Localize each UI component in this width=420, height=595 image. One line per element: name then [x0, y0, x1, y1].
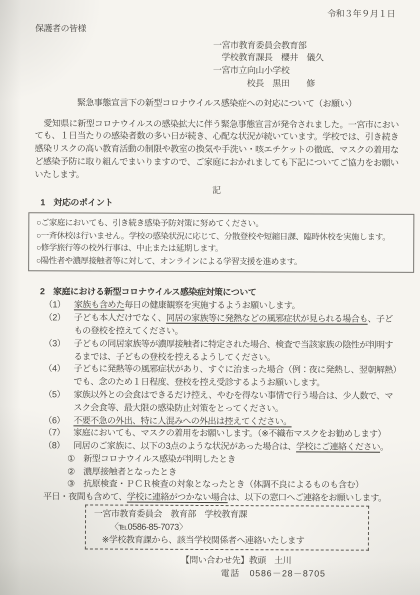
- points-box: ○ご家庭においても、引き続き感染予防対策に努めてください。○一斉休校は行いません…: [28, 212, 414, 272]
- item-number: （3）: [44, 337, 74, 363]
- text-segment: 平日・夜間も含めて、: [43, 492, 127, 502]
- inquiry-line: 【問い合わせ先】教頭 土川: [181, 554, 397, 568]
- section2-heading: 2 家庭における新型コロナウイルス感染症対策について: [40, 285, 398, 299]
- item-number: （8）: [43, 439, 73, 452]
- notify-conditions-list: ① 新型コロナウイルス感染が判明したとき② 濃厚接触者となったとき③ 抗原検査・…: [67, 452, 397, 492]
- contact-window-box: 一宮市教育委員会 教育部 学校教育課〈℡0586-85-7073〉※学校教育課か…: [85, 505, 369, 552]
- item-text: 家族以外との会食はできるだけ控え、やむを得ない事情で行う場合は、少人数で、マスク…: [73, 388, 397, 415]
- text-segment: 家族も含めた: [74, 300, 124, 310]
- text-segment: 。: [380, 442, 388, 452]
- recipient-line: 保護者の皆様: [35, 22, 399, 36]
- text-segment: 同居のご家族に、以下の3点のような状況があった場合は、: [73, 440, 296, 451]
- contact-box-line: 一宮市教育委員会 教育部 学校教育課: [94, 508, 360, 522]
- point-item: ○陽性者や濃厚接触者等に対して、オンラインによる学習支援を進めます。: [36, 254, 406, 268]
- sender-line: 校長 黒田 修: [213, 77, 399, 91]
- sender-line: 一宮市教育委員会教育部: [213, 39, 399, 53]
- text-segment: 子ども本人だけでなく、: [74, 313, 166, 323]
- contact-box-line: ※学校教育課から、該当学校関係者へ連絡いたします: [94, 533, 360, 547]
- text-segment: 学校に連絡がつかない場合: [127, 492, 228, 502]
- sender-line: 学校教育課長 櫻井 儀久: [213, 51, 399, 65]
- item-number: （6）: [43, 414, 73, 427]
- text-segment: 同居の家族等に発熱などの風邪症状が見られる場合も: [166, 313, 368, 324]
- item-text: 同居のご家族に、以下の3点のような状況があった場合は、学校にご連絡ください。: [73, 439, 397, 453]
- text-segment: 毎日の健康観察を実施するようお願いします。: [124, 300, 300, 311]
- ki-mark: 記: [34, 183, 398, 197]
- contact-note: 平日・夜間も含めて、学校に連絡がつかない場合は、以下の窓口へご連絡をお願いします…: [43, 491, 397, 505]
- measure-item: （3）子どもの同居家族等が濃厚接触者に特定された場合、検査で当該家族の陰性が判明…: [44, 337, 398, 364]
- document-title: 緊急事態宣言下の新型コロナウイルス感染症への対応について（お願い）: [35, 96, 399, 110]
- measure-item: （4）子どもに発熱等の風邪症状があり、すぐに治まった場合（例：夜に発熱し、翌朝解…: [44, 363, 398, 390]
- item-number: （2）: [44, 311, 74, 337]
- item-text: 子ども本人だけでなく、同居の家族等に発熱などの風邪症状が見られる場合も、子どもの…: [74, 312, 398, 339]
- item-number: （5）: [43, 388, 73, 414]
- section1-heading: 1 対応のポイント: [40, 197, 398, 211]
- notify-condition: ① 新型コロナウイルス感染が判明したとき: [67, 452, 397, 466]
- contact-box-line: 〈℡0586-85-7073〉: [94, 520, 360, 534]
- measure-item: （5）家族以外との会食はできるだけ控え、やむを得ない事情で行う場合は、少人数で、…: [43, 388, 397, 415]
- phone-line: 電話 0586－28－8705: [181, 567, 397, 581]
- text-segment: 子どもに発熱等の風邪症状があり、すぐに治まった場合（例：夜に発熱し、翌朝解熱）で…: [74, 364, 397, 388]
- text-segment: 家族以外との会食はできるだけ控え、やむを得ない事情で行う場合は、少人数で、マスク…: [73, 389, 393, 413]
- intro-paragraph: 愛知県に新型コロナウイルスの感染拡大に伴う緊急事態宣言が発令されました。一宮市に…: [35, 117, 399, 183]
- footer-contact: 【問い合わせ先】教頭 土川 電話 0586－28－8705: [181, 554, 397, 581]
- text-segment: は、以下の窓口へご連絡をお願いします。: [228, 492, 387, 503]
- text-segment: 子どもの同居家族等が濃厚接触者に特定された場合、検査で当該家族の陰性が判明するま…: [74, 338, 393, 362]
- document-page: 令和３年９月１日 保護者の皆様 一宮市教育委員会教育部 学校教育課長 櫻井 儀久…: [0, 0, 420, 595]
- text-segment: 家庭においても、マスクの着用をお願いします。（※不織布マスクをお勧めします）: [73, 428, 386, 439]
- page-content: 令和３年９月１日 保護者の皆様 一宮市教育委員会教育部 学校教育課長 櫻井 儀久…: [0, 0, 420, 595]
- document-date: 令和３年９月１日: [35, 6, 399, 20]
- item-number: （7）: [43, 427, 73, 440]
- measure-item: （2）子ども本人だけでなく、同居の家族等に発熱などの風邪症状が見られる場合も、子…: [44, 311, 398, 338]
- item-number: （1）: [44, 299, 74, 312]
- measures-list: （1）家族も含めた毎日の健康観察を実施するようお願いします。（2）子ども本人だけ…: [43, 299, 398, 454]
- item-text: 子どもに発熱等の風邪症状があり、すぐに治まった場合（例：夜に発熱し、翌朝解熱）で…: [74, 363, 398, 390]
- text-segment: 不要不急の外出、特に人混みへの外出は控えてください。: [73, 415, 291, 426]
- sender-line: 一宮市立向山小学校: [213, 64, 399, 78]
- sender-block: 一宮市教育委員会教育部 学校教育課長 櫻井 儀久一宮市立向山小学校 校長 黒田 …: [213, 39, 399, 91]
- item-text: 子どもの同居家族等が濃厚接触者に特定された場合、検査で当該家族の陰性が判明するま…: [74, 337, 398, 364]
- text-segment: 学校にご連絡ください: [296, 441, 380, 451]
- item-number: （4）: [44, 363, 74, 389]
